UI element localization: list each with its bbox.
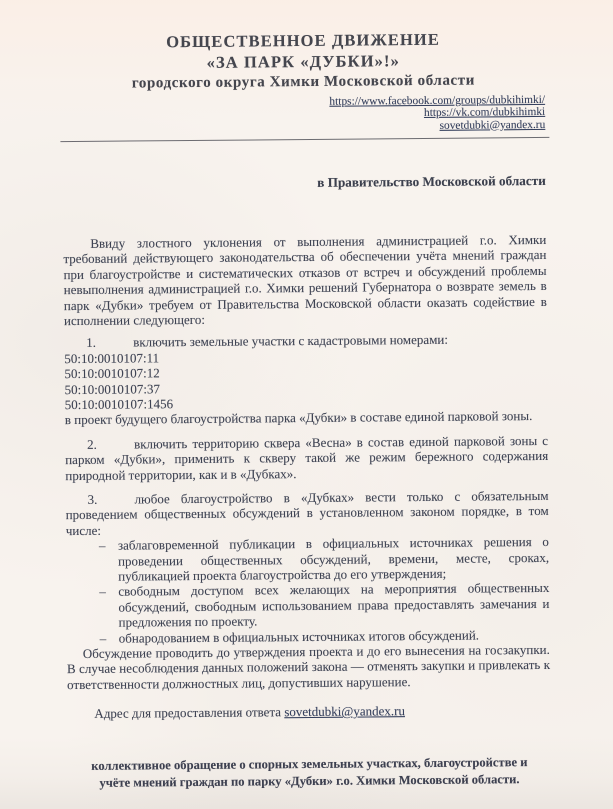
bullet-item: заблаговременной публикации в официальны… (99, 534, 549, 584)
letterhead-links: https://www.facebook.com/groups/dubkihim… (62, 94, 545, 135)
closing-paragraph: Обсуждение проводить до утверждения прое… (67, 642, 550, 692)
demand-item-2-text-wrap: 2.включить территорию сквера «Весна» в с… (65, 433, 548, 483)
organization-region: городского округа Химки Московской облас… (62, 70, 545, 95)
item-2-text: включить территорию сквера «Весна» в сос… (65, 433, 548, 483)
document-subject-note: коллективное обращение о спорных земельн… (68, 754, 551, 792)
cadastral-number-list: 50:10:0010107:11 50:10:0010107:12 50:10:… (64, 347, 548, 413)
demand-item-1-tail: в проект будущего благоустройства парка … (65, 408, 548, 428)
item-3-number: 3. (87, 491, 134, 507)
item-1-lead-text: включить земельные участки с кадастровым… (133, 332, 448, 350)
reply-address-prefix: Адрес для предоставления ответа (94, 705, 281, 722)
demand-item-3-text-wrap: 3.любое благоустройство в «Дубках» вести… (65, 488, 548, 538)
item-1-number: 1. (86, 335, 133, 351)
demand-item-2: 2.включить территорию сквера «Весна» в с… (65, 433, 548, 483)
addressee-line: в Правительство Московской области (63, 173, 546, 192)
bullet-item: свободным доступом всех желающих на меро… (99, 580, 549, 630)
letterhead-divider (60, 137, 549, 142)
reply-address-line: Адрес для предоставления ответа sovetdub… (67, 702, 550, 722)
letterhead: ОБЩЕСТВЕННОЕ ДВИЖЕНИЕ «ЗА ПАРК «ДУБКИ»!»… (61, 28, 545, 142)
bullet-list: заблаговременной публикации в официальны… (66, 534, 550, 646)
demand-item-1: 1.включить земельные участки с кадастров… (64, 331, 548, 428)
intro-paragraph: Ввиду злостного уклонения от выполнения … (63, 232, 547, 329)
demand-item-3: 3.любое благоустройство в «Дубках» вести… (65, 488, 550, 692)
scanned-letter-page: ОБЩЕСТВЕННОЕ ДВИЖЕНИЕ «ЗА ПАРК «ДУБКИ»!»… (0, 0, 613, 809)
item-2-number: 2. (87, 436, 134, 452)
reply-email-link[interactable]: sovetdubki@yandex.ru (284, 703, 405, 719)
item-3-text: любое благоустройство в «Дубках» вести т… (66, 488, 549, 538)
